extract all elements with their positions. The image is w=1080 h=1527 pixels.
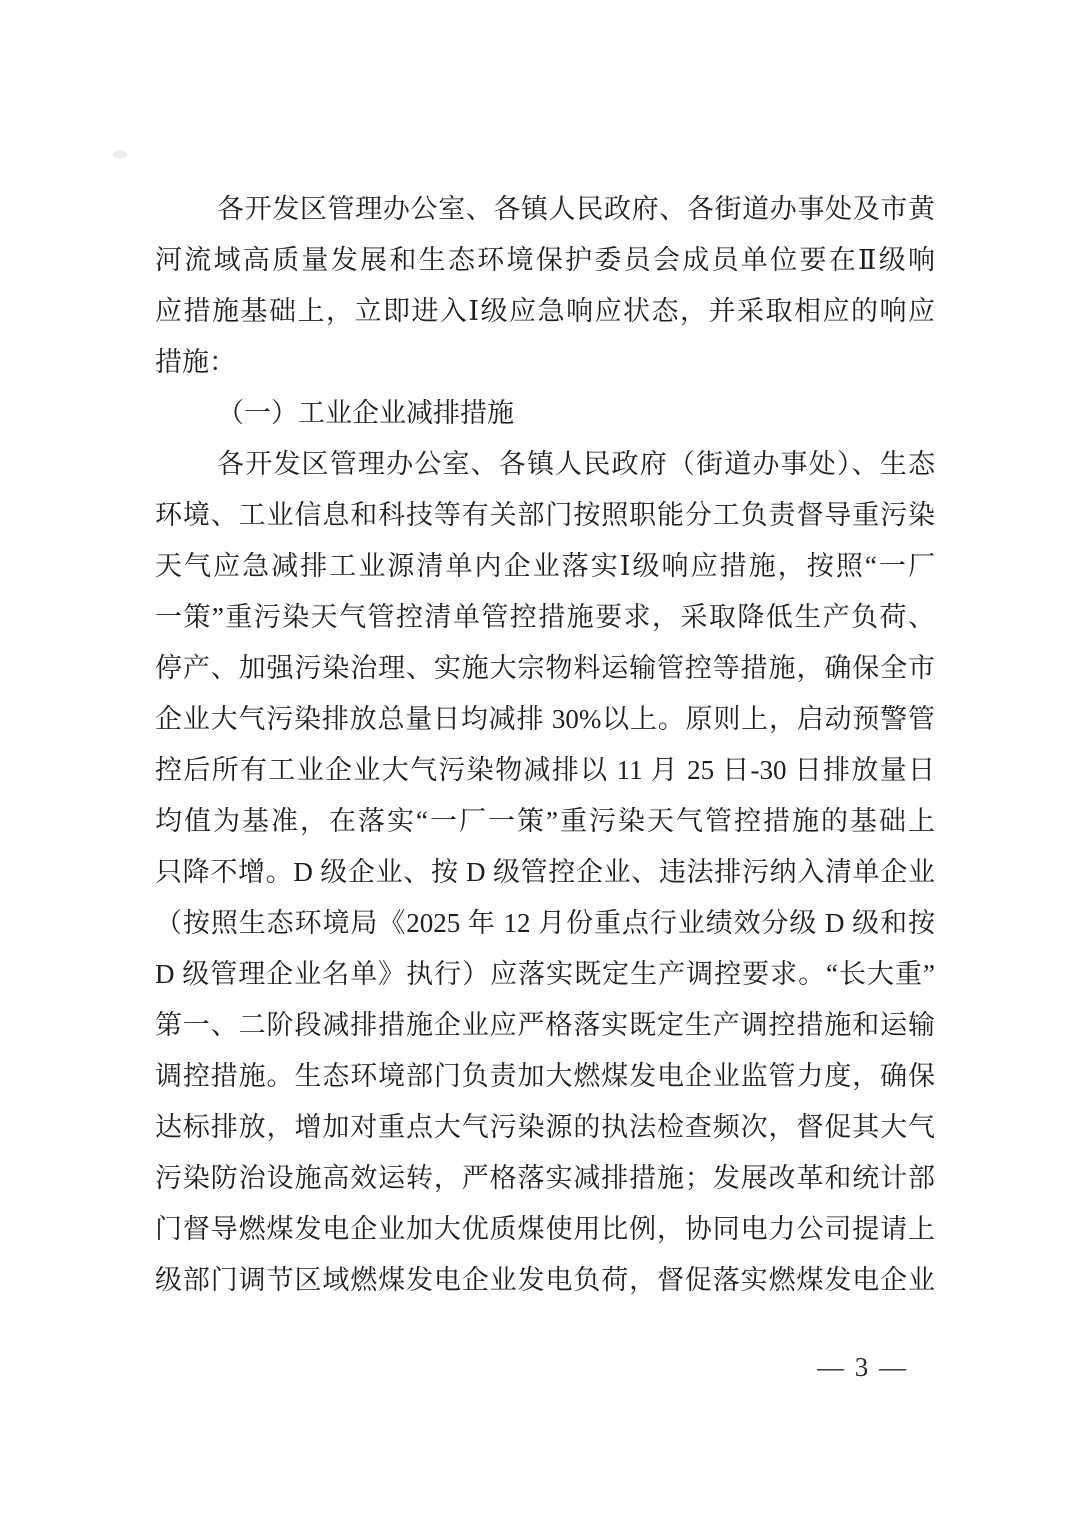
document-body: 各开发区管理办公室、各镇人民政府、各街道办事处及市黄 河流域高质量发展和生态环境… — [155, 184, 935, 1306]
text-line: 天气应急减排工业源清单内企业落实Ⅰ级响应措施，按照“一厂 — [155, 541, 935, 592]
section-heading: （一）工业企业减排措施 — [155, 388, 935, 439]
section-heading-line: （一）工业企业减排措施 — [155, 388, 935, 439]
page-number: — 3 — — [817, 1350, 908, 1384]
paragraph-intro: 各开发区管理办公室、各镇人民政府、各街道办事处及市黄 河流域高质量发展和生态环境… — [155, 184, 935, 388]
text-line: 污染防治设施高效运转，严格落实减排措施；发展改革和统计部 — [155, 1153, 935, 1204]
text-line: 只降不增。D 级企业、按 D 级管控企业、违法排污纳入清单企业 — [155, 847, 935, 898]
text-line: D 级管理企业名单》执行）应落实既定生产调控要求。“长大重” — [155, 949, 935, 1000]
scan-smudge — [113, 150, 127, 159]
text-line: 各开发区管理办公室、各镇人民政府、各街道办事处及市黄 — [155, 184, 935, 235]
text-line: 级部门调节区域燃煤发电企业发电负荷，督促落实燃煤发电企业 — [155, 1255, 935, 1306]
text-line: 停产、加强污染治理、实施大宗物料运输管控等措施，确保全市 — [155, 643, 935, 694]
text-line: 控后所有工业企业大气污染物减排以 11 月 25 日-30 日排放量日 — [155, 745, 935, 796]
text-line: 河流域高质量发展和生态环境保护委员会成员单位要在Ⅱ级响 — [155, 235, 935, 286]
text-line: 门督导燃煤发电企业加大优质煤使用比例，协同电力公司提请上 — [155, 1204, 935, 1255]
text-line: 一策”重污染天气管控清单管控措施要求，采取降低生产负荷、 — [155, 592, 935, 643]
text-line: 措施： — [155, 337, 935, 388]
text-line: （按照生态环境局《2025 年 12 月份重点行业绩效分级 D 级和按 — [155, 898, 935, 949]
text-line: 企业大气污染排放总量日均减排 30%以上。原则上，启动预警管 — [155, 694, 935, 745]
text-line: 各开发区管理办公室、各镇人民政府（街道办事处）、生态 — [155, 439, 935, 490]
text-line: 第一、二阶段减排措施企业应严格落实既定生产调控措施和运输 — [155, 1000, 935, 1051]
text-line: 均值为基准，在落实“一厂一策”重污染天气管控措施的基础上 — [155, 796, 935, 847]
text-line: 调控措施。生态环境部门负责加大燃煤发电企业监管力度，确保 — [155, 1051, 935, 1102]
text-line: 环境、工业信息和科技等有关部门按照职能分工负责督导重污染 — [155, 490, 935, 541]
document-page: 各开发区管理办公室、各镇人民政府、各街道办事处及市黄 河流域高质量发展和生态环境… — [0, 0, 1080, 1527]
text-line: 应措施基础上，立即进入Ⅰ级应急响应状态，并采取相应的响应 — [155, 286, 935, 337]
text-line: 达标排放，增加对重点大气污染源的执法检查频次，督促其大气 — [155, 1102, 935, 1153]
paragraph-industrial-measures: 各开发区管理办公室、各镇人民政府（街道办事处）、生态 环境、工业信息和科技等有关… — [155, 439, 935, 1306]
